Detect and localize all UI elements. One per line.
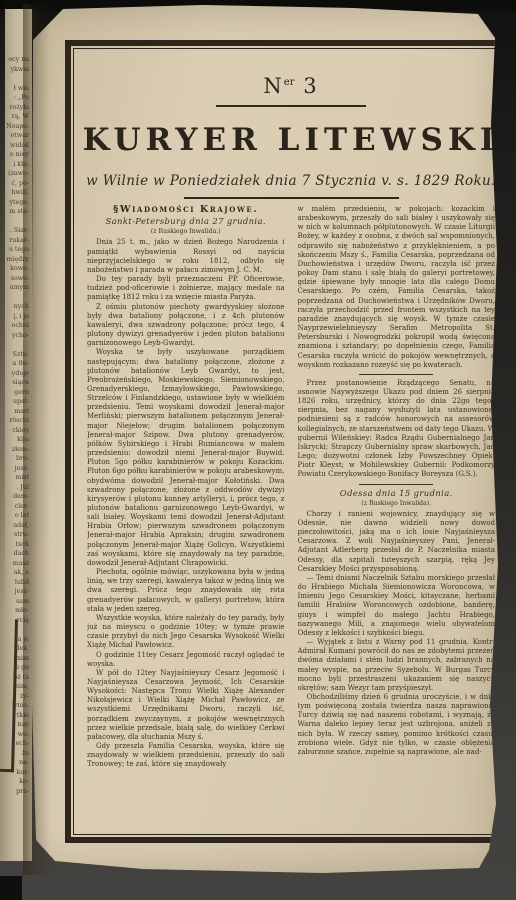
- newspaper-page: Ner 3 KURYER LITEWSKI w Wilnie w Poniedz…: [23, 4, 505, 875]
- article-paragraph: Do tey parady byli przeznaczeni PP. Ofic…: [87, 275, 285, 302]
- odessa-heading: Odessa dnia 15 grudnia.: [298, 489, 496, 498]
- section-heading-label: Wiadomości Krajowe.: [120, 205, 258, 215]
- article-paragraph: — Temi dniami Naczelnik Sztabu morskiego…: [298, 574, 496, 638]
- source-note: (z Ruskiego Inwalida.): [87, 227, 285, 236]
- page-content: Ner 3 KURYER LITEWSKI w Wilnie w Poniedz…: [80, 53, 502, 830]
- printed-border-frame: Ner 3 KURYER LITEWSKI w Wilnie w Poniedz…: [65, 40, 516, 843]
- article-paragraph: W pół do 12tey Nayjaśnieyszy Cesarz Jego…: [87, 669, 285, 742]
- odessa-source-note: (z Ruskiego Inwalida).: [298, 499, 496, 508]
- neighbor-fragment-line: pra-: [0, 787, 29, 797]
- issue-number: Ner 3: [80, 74, 502, 98]
- left-column-paragraphs: Dnia 25 t. m., jako w dzień Bożego Narod…: [87, 238, 285, 769]
- right-column: w małém przedsieniu, w pokojach: kozacki…: [298, 205, 496, 799]
- article-paragraph: Z ośmiu plutonów piechoty gwardyyskiey s…: [87, 303, 285, 349]
- neighbor-fragment-line: ko-: [0, 777, 29, 787]
- dateline-heading: Sankt-Petersburg dnia 27 grudnia.: [87, 217, 285, 226]
- issue-number-value: 3: [303, 74, 318, 98]
- left-column: §Wiadomości Krajowe. Sankt-Petersburg dn…: [87, 205, 285, 799]
- column-divider-rule: [359, 374, 433, 375]
- article-paragraph: Gdy przeszła Familia Cesarska, woyska, k…: [87, 742, 285, 769]
- masthead-rule-top: [216, 105, 366, 107]
- issue-number-prefix: N: [263, 74, 283, 98]
- article-columns: §Wiadomości Krajowe. Sankt-Petersburg dn…: [80, 205, 502, 799]
- odessa-paragraphs: Chorzy i ranieni wojownicy, znaydujący s…: [298, 510, 496, 757]
- printed-border-inner-rule: Ner 3 KURYER LITEWSKI w Wilnie w Poniedz…: [73, 48, 509, 835]
- decree-paragraph: Przez postanowienie Rządzącego Senatu, n…: [298, 379, 496, 480]
- article-paragraph: Obchodziliśmy dzień 6 grudnia uroczyście…: [298, 693, 496, 757]
- continuation-paragraph: w małém przedsieniu, w pokojach: kozacki…: [298, 205, 496, 370]
- column-divider-rule: [359, 484, 433, 485]
- article-paragraph: Piechota, ogólnie mówiąc, uszykowana był…: [87, 568, 285, 614]
- section-heading: §Wiadomości Krajowe.: [87, 205, 285, 214]
- article-paragraph: Dnia 25 t. m., jako w dzień Bożego Narod…: [87, 238, 285, 275]
- article-paragraph: Wszystkie woyska, które należały do tey …: [87, 614, 285, 651]
- article-paragraph: Woyska te były uszykowane porządkiem nas…: [87, 348, 285, 568]
- section-ornament: §: [113, 205, 120, 215]
- masthead-title: KURYER LITEWSKI: [80, 122, 502, 158]
- masthead-dateline: w Wilnie w Poniedziałek dnia 7 Stycznia …: [80, 173, 502, 189]
- article-paragraph: O godzinie 11tey Cesarz Jegomość raczył …: [87, 651, 285, 669]
- masthead-rule-bottom: [184, 197, 399, 199]
- article-paragraph: — Wyjątek z listu z Warny pod 11 grudnia…: [298, 638, 496, 693]
- issue-number-superscript: er: [284, 77, 295, 88]
- book-gutter-shadow: [0, 0, 5, 620]
- article-paragraph: Chorzy i ranieni wojownicy, znaydujący s…: [298, 510, 496, 574]
- scan-corner-dark: [0, 876, 22, 900]
